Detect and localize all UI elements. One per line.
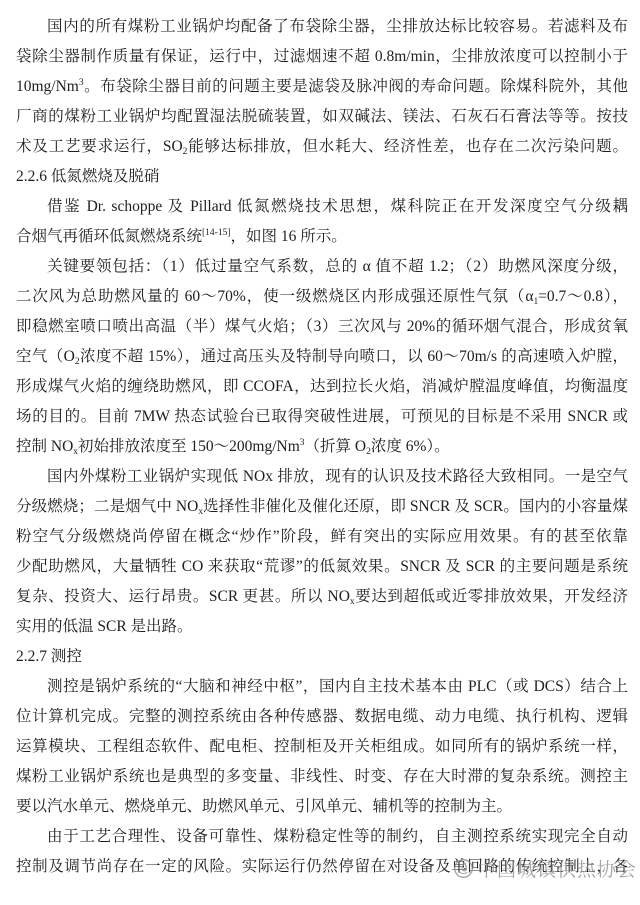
text-segment: 国内外煤粉工业锅炉实现低 NOx 排放，现有的认识及技术路径大致相同。一是空气 (47, 468, 628, 485)
text-segment: 要达到超低或近零排放效果，开发经济 (355, 588, 628, 605)
para-key-points-line-6: 场的目的。目前 7MW 热态试验台已取得突破性进展，可预见的目标是不采用 SNC… (16, 402, 628, 432)
heading-2-2-6-low-nox-combustion: 2.2.6 低氮燃烧及脱硝 (16, 162, 628, 192)
text-segment: =0.7～0.8）， (538, 288, 628, 305)
text-segment: 由于工艺合理性、设备可靠性、煤粉稳定性等的制约，自主测控系统实现完全自动 (47, 828, 628, 845)
text-segment: ，如图 16 所示。 (231, 228, 347, 245)
para-nox-technical-routes-line-3: 粉空气分级燃烧尚停留在概念“炒作”阶段，鲜有突出的实际应用效果。有的甚至依靠 (16, 522, 628, 552)
text-segment: 场的目的。目前 7MW 热态试验台已取得突破性进展，可预见的目标是不采用 SNC… (16, 408, 628, 432)
para-dust-removal-desulfurization-line-1: 国内的所有煤粉工业锅炉均配备了布袋除尘器，尘排放达标比较容易。若滤料及布 (16, 12, 628, 42)
text-segment: 实用的低温 SCR 是出路。 (16, 618, 193, 635)
para-dust-removal-desulfurization-line-3: 10mg/Nm3。布袋除尘器目前的问题主要是滤袋及脉冲阀的寿命问题。除煤科院外，… (16, 72, 628, 102)
text-segment: 厂商的煤粉工业锅炉均配置湿法脱硫装置，如双碱法、镁法、石灰石石膏法等等。按技 (16, 108, 628, 125)
text-segment: 位计算机完成。完整的测控系统由各种传感器、数据电缆、动力电缆、执行机构、逻辑 (16, 708, 628, 725)
text-segment: 要以汽水单元、燃烧单元、助燃风单元、引风单元、辅机等的控制为主。 (16, 798, 512, 815)
text-segment: 2.2.6 低氮燃烧及脱硝 (16, 168, 159, 185)
text-segment: （折算 O (305, 438, 367, 455)
text-segment: 借鉴 Dr. schoppe 及 Pillard 低氮燃烧技术思想，煤科院正在开… (47, 198, 628, 215)
text-segment: 国内的所有煤粉工业锅炉均配备了布袋除尘器，尘排放达标比较容易。若滤料及布 (47, 18, 628, 35)
para-dust-removal-desulfurization-line-2: 袋除尘器制作质量有保证，运行中，过滤烟速不超 0.8m/min，尘排放浓度可以控… (16, 42, 628, 72)
text-segment: 控制 NO (16, 438, 73, 455)
text-segment: 浓度 6%）。 (371, 438, 450, 455)
heading-2-2-7-measurement-control: 2.2.7 测控 (16, 642, 628, 672)
para-key-points-line-5: 形成煤气火焰的缠绕助燃风，即 CCOFA，达到拉长火焰，消减炉膛温度峰值，均衡温… (16, 372, 628, 402)
text-segment: 形成煤气火焰的缠绕助燃风，即 CCOFA，达到拉长火焰，消减炉膛温度峰值，均衡温… (16, 378, 628, 395)
para-measurement-control-system-line-4: 煤粉工业锅炉系统也是典型的多变量、非线性、时变、存在大时滞的复杂系统。测控主 (16, 762, 628, 792)
para-measurement-control-system-line-5: 要以汽水单元、燃烧单元、助燃风单元、引风单元、辅机等的控制为主。 (16, 792, 628, 822)
para-low-nox-system-line-2: 合烟气再循环低氮燃烧系统[14-15]，如图 16 所示。 (16, 222, 628, 252)
para-nox-technical-routes-line-4: 少配助燃风，大量牺牲 CO 来获取“荒谬”的低氮效果。SNCR 及 SCR 的主… (16, 552, 628, 582)
text-segment: 煤粉工业锅炉系统也是典型的多变量、非线性、时变、存在大时滞的复杂系统。测控主 (16, 768, 628, 785)
para-key-points-line-2: 二次风为总助燃风量的 60～70%，使一级燃烧区内形成强还原性气氛（α1=0.7… (16, 282, 628, 312)
text-segment: 选择性非催化及催化还原，即 SNCR 及 SCR。国内的小容量煤 (203, 498, 628, 515)
superscript: [14-15] (202, 228, 231, 238)
para-auto-control-risk-line-1: 由于工艺合理性、设备可靠性、煤粉稳定性等的制约，自主测控系统实现完全自动 (16, 822, 628, 852)
text-segment: 。布袋除尘器目前的问题主要是滤袋及脉冲阀的寿命问题。除煤科院外，其他 (84, 78, 628, 95)
text-segment: 初始排放浓度至 150～200mg/Nm (78, 438, 300, 455)
text-segment: 袋除尘器制作质量有保证，运行中，过滤烟速不超 0.8m/min，尘排放浓度可以控… (16, 48, 628, 65)
para-nox-technical-routes-line-1: 国内外煤粉工业锅炉实现低 NOx 排放，现有的认识及技术路径大致相同。一是空气 (16, 462, 628, 492)
para-dust-removal-desulfurization-line-5: 术及工艺要求运行，SO2能够达标排放，但水耗大、经济性差，也存在二次污染问题。 (16, 132, 628, 162)
para-key-points-line-1: 关键要领包括：（1）低过量空气系数，总的 α 值不超 1.2；（2）助燃风深度分… (16, 252, 628, 282)
para-key-points-line-4: 空气（O2浓度不超 15%），通过高压头及特制导向喷口，以 60～70m/s 的… (16, 342, 628, 372)
para-key-points-line-3: 即稳燃室喷口喷出高温（半）煤气火焰；（3）三次风与 20%的循环烟气混合，形成贫… (16, 312, 628, 342)
text-segment: 运算模块、工程组态软件、配电柜、控制柜及开关柜组成。如同所有的锅炉系统一样， (16, 738, 628, 755)
para-nox-technical-routes-line-5: 复杂、投资大、运行昂贵。SCR 更甚。所以 NOx要达到超低或近零排放效果，开发… (16, 582, 628, 612)
text-segment: 关键要领包括：（1）低过量空气系数，总的 α 值不超 1.2；（2）助燃风深度分… (47, 258, 628, 275)
text-segment: 复杂、投资大、运行昂贵。SCR 更甚。所以 NO (16, 588, 350, 605)
para-nox-technical-routes-line-2: 分级燃烧；二是烟气中 NOx选择性非催化及催化还原，即 SNCR 及 SCR。国… (16, 492, 628, 522)
text-segment: 分级燃烧；二是烟气中 NO (16, 498, 198, 515)
text-segment: 控制及调节尚存在一定的风险。实际运行仍然停留在对设备及单回路的传统控制上，各 (16, 858, 628, 875)
text-segment: 能够达标排放，但水耗大、经济性差，也存在二次污染问题。 (187, 138, 628, 155)
para-low-nox-system-line-1: 借鉴 Dr. schoppe 及 Pillard 低氮燃烧技术思想，煤科院正在开… (16, 192, 628, 222)
text-segment: 空气（O (16, 348, 75, 365)
text-segment: 二次风为总助燃风量的 60～70%，使一级燃烧区内形成强还原性气氛（α (16, 288, 533, 305)
para-auto-control-risk-line-2: 控制及调节尚存在一定的风险。实际运行仍然停留在对设备及单回路的传统控制上，各 (16, 852, 628, 882)
text-segment: 2.2.7 测控 (16, 648, 82, 665)
text-segment: 少配助燃风，大量牺牲 CO 来获取“荒谬”的低氮效果。SNCR 及 SCR 的主… (16, 558, 628, 575)
text-segment: 术及工艺要求运行，SO (16, 138, 183, 155)
text-segment: 测控是锅炉系统的“大脑和神经中枢”，国内自主技术基本由 PLC（或 DCS）结合… (47, 678, 628, 695)
text-segment: 10mg/Nm (16, 78, 79, 95)
para-nox-technical-routes-line-6: 实用的低温 SCR 是出路。 (16, 612, 628, 642)
para-key-points-line-7: 控制 NOx初始排放浓度至 150～200mg/Nm3（折算 O2浓度 6%）。 (16, 432, 628, 462)
para-measurement-control-system-line-3: 运算模块、工程组态软件、配电柜、控制柜及开关柜组成。如同所有的锅炉系统一样， (16, 732, 628, 762)
para-measurement-control-system-line-1: 测控是锅炉系统的“大脑和神经中枢”，国内自主技术基本由 PLC（或 DCS）结合… (16, 672, 628, 702)
text-segment: 即稳燃室喷口喷出高温（半）煤气火焰；（3）三次风与 20%的循环烟气混合，形成贫… (16, 318, 628, 335)
text-segment: 粉空气分级燃烧尚停留在概念“炒作”阶段，鲜有突出的实际应用效果。有的甚至依靠 (16, 528, 628, 545)
text-segment: 浓度不超 15%），通过高压头及特制导向喷口，以 60～70m/s 的高速喷入炉… (80, 348, 628, 365)
para-measurement-control-system-line-2: 位计算机完成。完整的测控系统由各种传感器、数据电缆、动力电缆、执行机构、逻辑 (16, 702, 628, 732)
para-dust-removal-desulfurization-line-4: 厂商的煤粉工业锅炉均配置湿法脱硫装置，如双碱法、镁法、石灰石石膏法等等。按技 (16, 102, 628, 132)
text-segment: 合烟气再循环低氮燃烧系统 (16, 228, 202, 245)
document-body: 国内的所有煤粉工业锅炉均配备了布袋除尘器，尘排放达标比较容易。若滤料及布袋除尘器… (0, 0, 640, 882)
